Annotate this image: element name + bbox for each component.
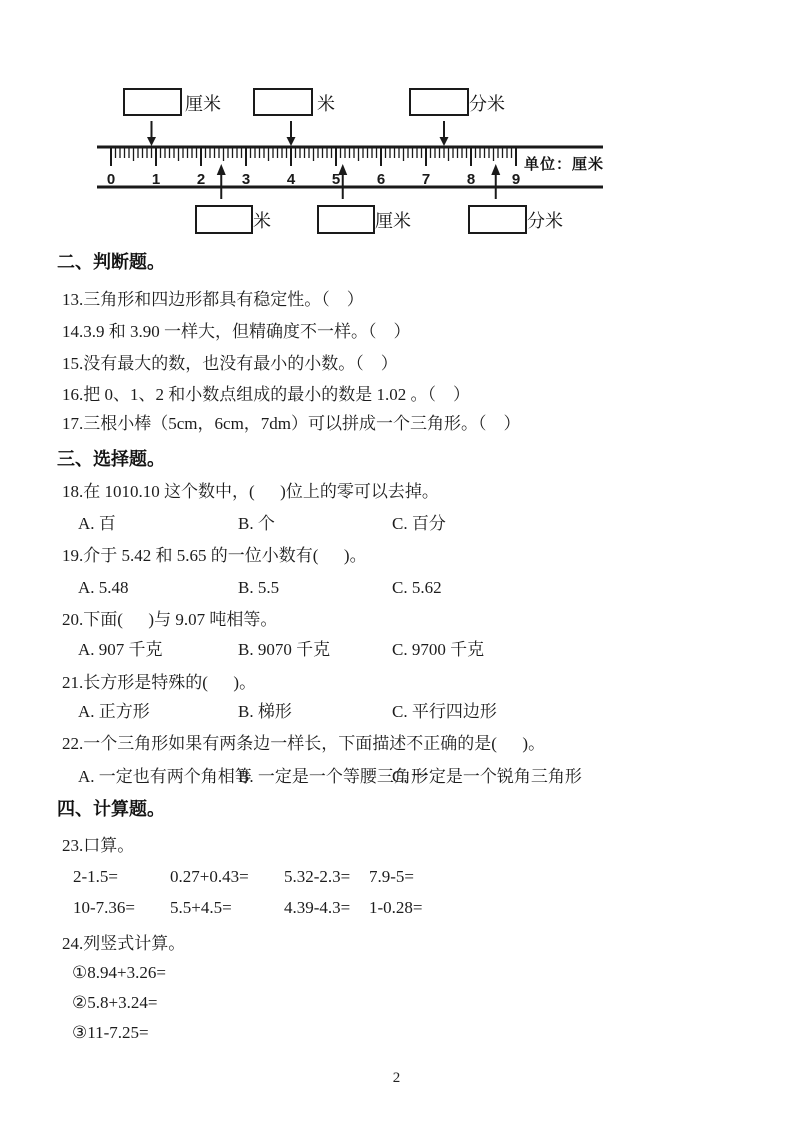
option-20-b: B. 9070 千克 xyxy=(238,639,330,661)
ruler-number: 8 xyxy=(467,171,475,188)
question-16: 16.把 0、1、2 和小数点组成的最小的数是 1.02 。（ ） xyxy=(62,384,470,406)
up-arrow-head xyxy=(491,164,500,175)
oral-calc-row-1: 2-1.5= 0.27+0.43= 5.32-2.3= 7.9-5= xyxy=(0,866,793,890)
ruler-number: 6 xyxy=(377,171,385,188)
unit-label-top-2: 米 xyxy=(317,90,335,116)
question-18: 18.在 1010.10 这个数中，( )位上的零可以去掉。 xyxy=(62,481,439,503)
option-18-b: B. 个 xyxy=(238,513,275,535)
answer-box-bottom-1 xyxy=(195,205,253,234)
oral-calc-item: 2-1.5= xyxy=(73,866,118,888)
unit-label-bottom-2: 厘米 xyxy=(375,207,411,233)
option-21-b: B. 梯形 xyxy=(238,701,292,723)
question-22: 22.一个三角形如果有两条边一样长，下面描述不正确的是( )。 xyxy=(62,733,545,755)
oral-calc-item: 5.32-2.3= xyxy=(284,866,350,888)
option-19-c: C. 5.62 xyxy=(392,577,442,599)
options-20: A. 907 千克 B. 9070 千克 C. 9700 千克 xyxy=(0,639,793,663)
option-21-a: A. 正方形 xyxy=(78,701,150,723)
section-choice-title: 三、选择题。 xyxy=(57,448,165,470)
vertical-calc-item-2: ②5.8+3.24= xyxy=(72,992,157,1014)
question-21: 21.长方形是特殊的( )。 xyxy=(62,672,256,694)
option-21-c: C. 平行四边形 xyxy=(392,701,497,723)
oral-calc-item: 0.27+0.43= xyxy=(170,866,249,888)
up-arrow-head xyxy=(338,164,347,175)
ruler-number: 4 xyxy=(287,171,296,188)
question-17: 17.三根小棒（5cm，6cm，7dm）可以拼成一个三角形。（ ） xyxy=(62,413,521,435)
oral-calc-item: 5.5+4.5= xyxy=(170,897,232,919)
option-19-a: A. 5.48 xyxy=(78,577,129,599)
answer-box-top-1 xyxy=(123,88,182,116)
question-23-label: 23.口算。 xyxy=(62,835,134,857)
option-19-b: B. 5.5 xyxy=(238,577,279,599)
section-judge-title: 二、判断题。 xyxy=(57,251,165,273)
answer-box-top-2 xyxy=(253,88,313,116)
oral-calc-item: 7.9-5= xyxy=(369,866,414,888)
oral-calc-item: 10-7.36= xyxy=(73,897,135,919)
option-20-a: A. 907 千克 xyxy=(78,639,163,661)
question-14: 14.3.9 和 3.90 一样大，但精确度不一样。（ ） xyxy=(62,321,411,343)
options-22: A. 一定也有两个角相等 B. 一定是一个等腰三角形 C. 一定是一个锐角三角形 xyxy=(0,766,793,790)
question-20: 20.下面( )与 9.07 吨相等。 xyxy=(62,609,277,631)
ruler-number: 1 xyxy=(152,171,160,188)
ruler-number: 0 xyxy=(107,171,115,188)
question-15: 15.没有最大的数，也没有最小的小数。（ ） xyxy=(62,353,398,375)
unit-label-top-3: 分米 xyxy=(469,90,505,116)
unit-label-bottom-3: 分米 xyxy=(527,207,563,233)
section-calc-title: 四、计算题。 xyxy=(57,798,165,820)
ruler-number: 7 xyxy=(422,171,430,188)
options-19: A. 5.48 B. 5.5 C. 5.62 xyxy=(0,577,793,601)
page-number: 2 xyxy=(0,1070,793,1087)
option-20-c: C. 9700 千克 xyxy=(392,639,484,661)
oral-calc-item: 1-0.28= xyxy=(369,897,423,919)
down-arrow-head xyxy=(440,137,449,146)
unit-label-top-1: 厘米 xyxy=(185,90,221,116)
question-24-label: 24.列竖式计算。 xyxy=(62,933,185,955)
unit-label-bottom-1: 米 xyxy=(253,207,271,233)
question-19: 19.介于 5.42 和 5.65 的一位小数有( )。 xyxy=(62,545,367,567)
options-21: A. 正方形 B. 梯形 C. 平行四边形 xyxy=(0,701,793,725)
options-18: A. 百 B. 个 C. 百分 xyxy=(0,513,793,537)
down-arrow-head xyxy=(287,137,296,146)
worksheet-page: 0123456789 厘米 米 分米 单位：厘米 米 厘米 分米 二、判断题。 … xyxy=(0,0,793,1122)
question-13: 13.三角形和四边形都具有稳定性。（ ） xyxy=(62,289,364,311)
answer-box-bottom-2 xyxy=(317,205,375,234)
ruler-unit-caption: 单位：厘米 xyxy=(524,153,604,174)
option-18-a: A. 百 xyxy=(78,513,116,535)
down-arrow-head xyxy=(147,137,156,146)
vertical-calc-item-3: ③11-7.25= xyxy=(72,1022,149,1044)
option-22-c: C. 一定是一个锐角三角形 xyxy=(392,766,582,788)
ruler-number: 2 xyxy=(197,171,205,188)
option-22-a: A. 一定也有两个角相等 xyxy=(78,766,252,788)
up-arrow-head xyxy=(217,164,226,175)
option-18-c: C. 百分 xyxy=(392,513,446,535)
answer-box-top-3 xyxy=(409,88,469,116)
vertical-calc-item-1: ①8.94+3.26= xyxy=(72,962,166,984)
ruler-number: 9 xyxy=(512,171,520,188)
ruler-number: 3 xyxy=(242,171,250,188)
oral-calc-item: 4.39-4.3= xyxy=(284,897,350,919)
answer-box-bottom-3 xyxy=(468,205,527,234)
oral-calc-row-2: 10-7.36= 5.5+4.5= 4.39-4.3= 1-0.28= xyxy=(0,897,793,921)
